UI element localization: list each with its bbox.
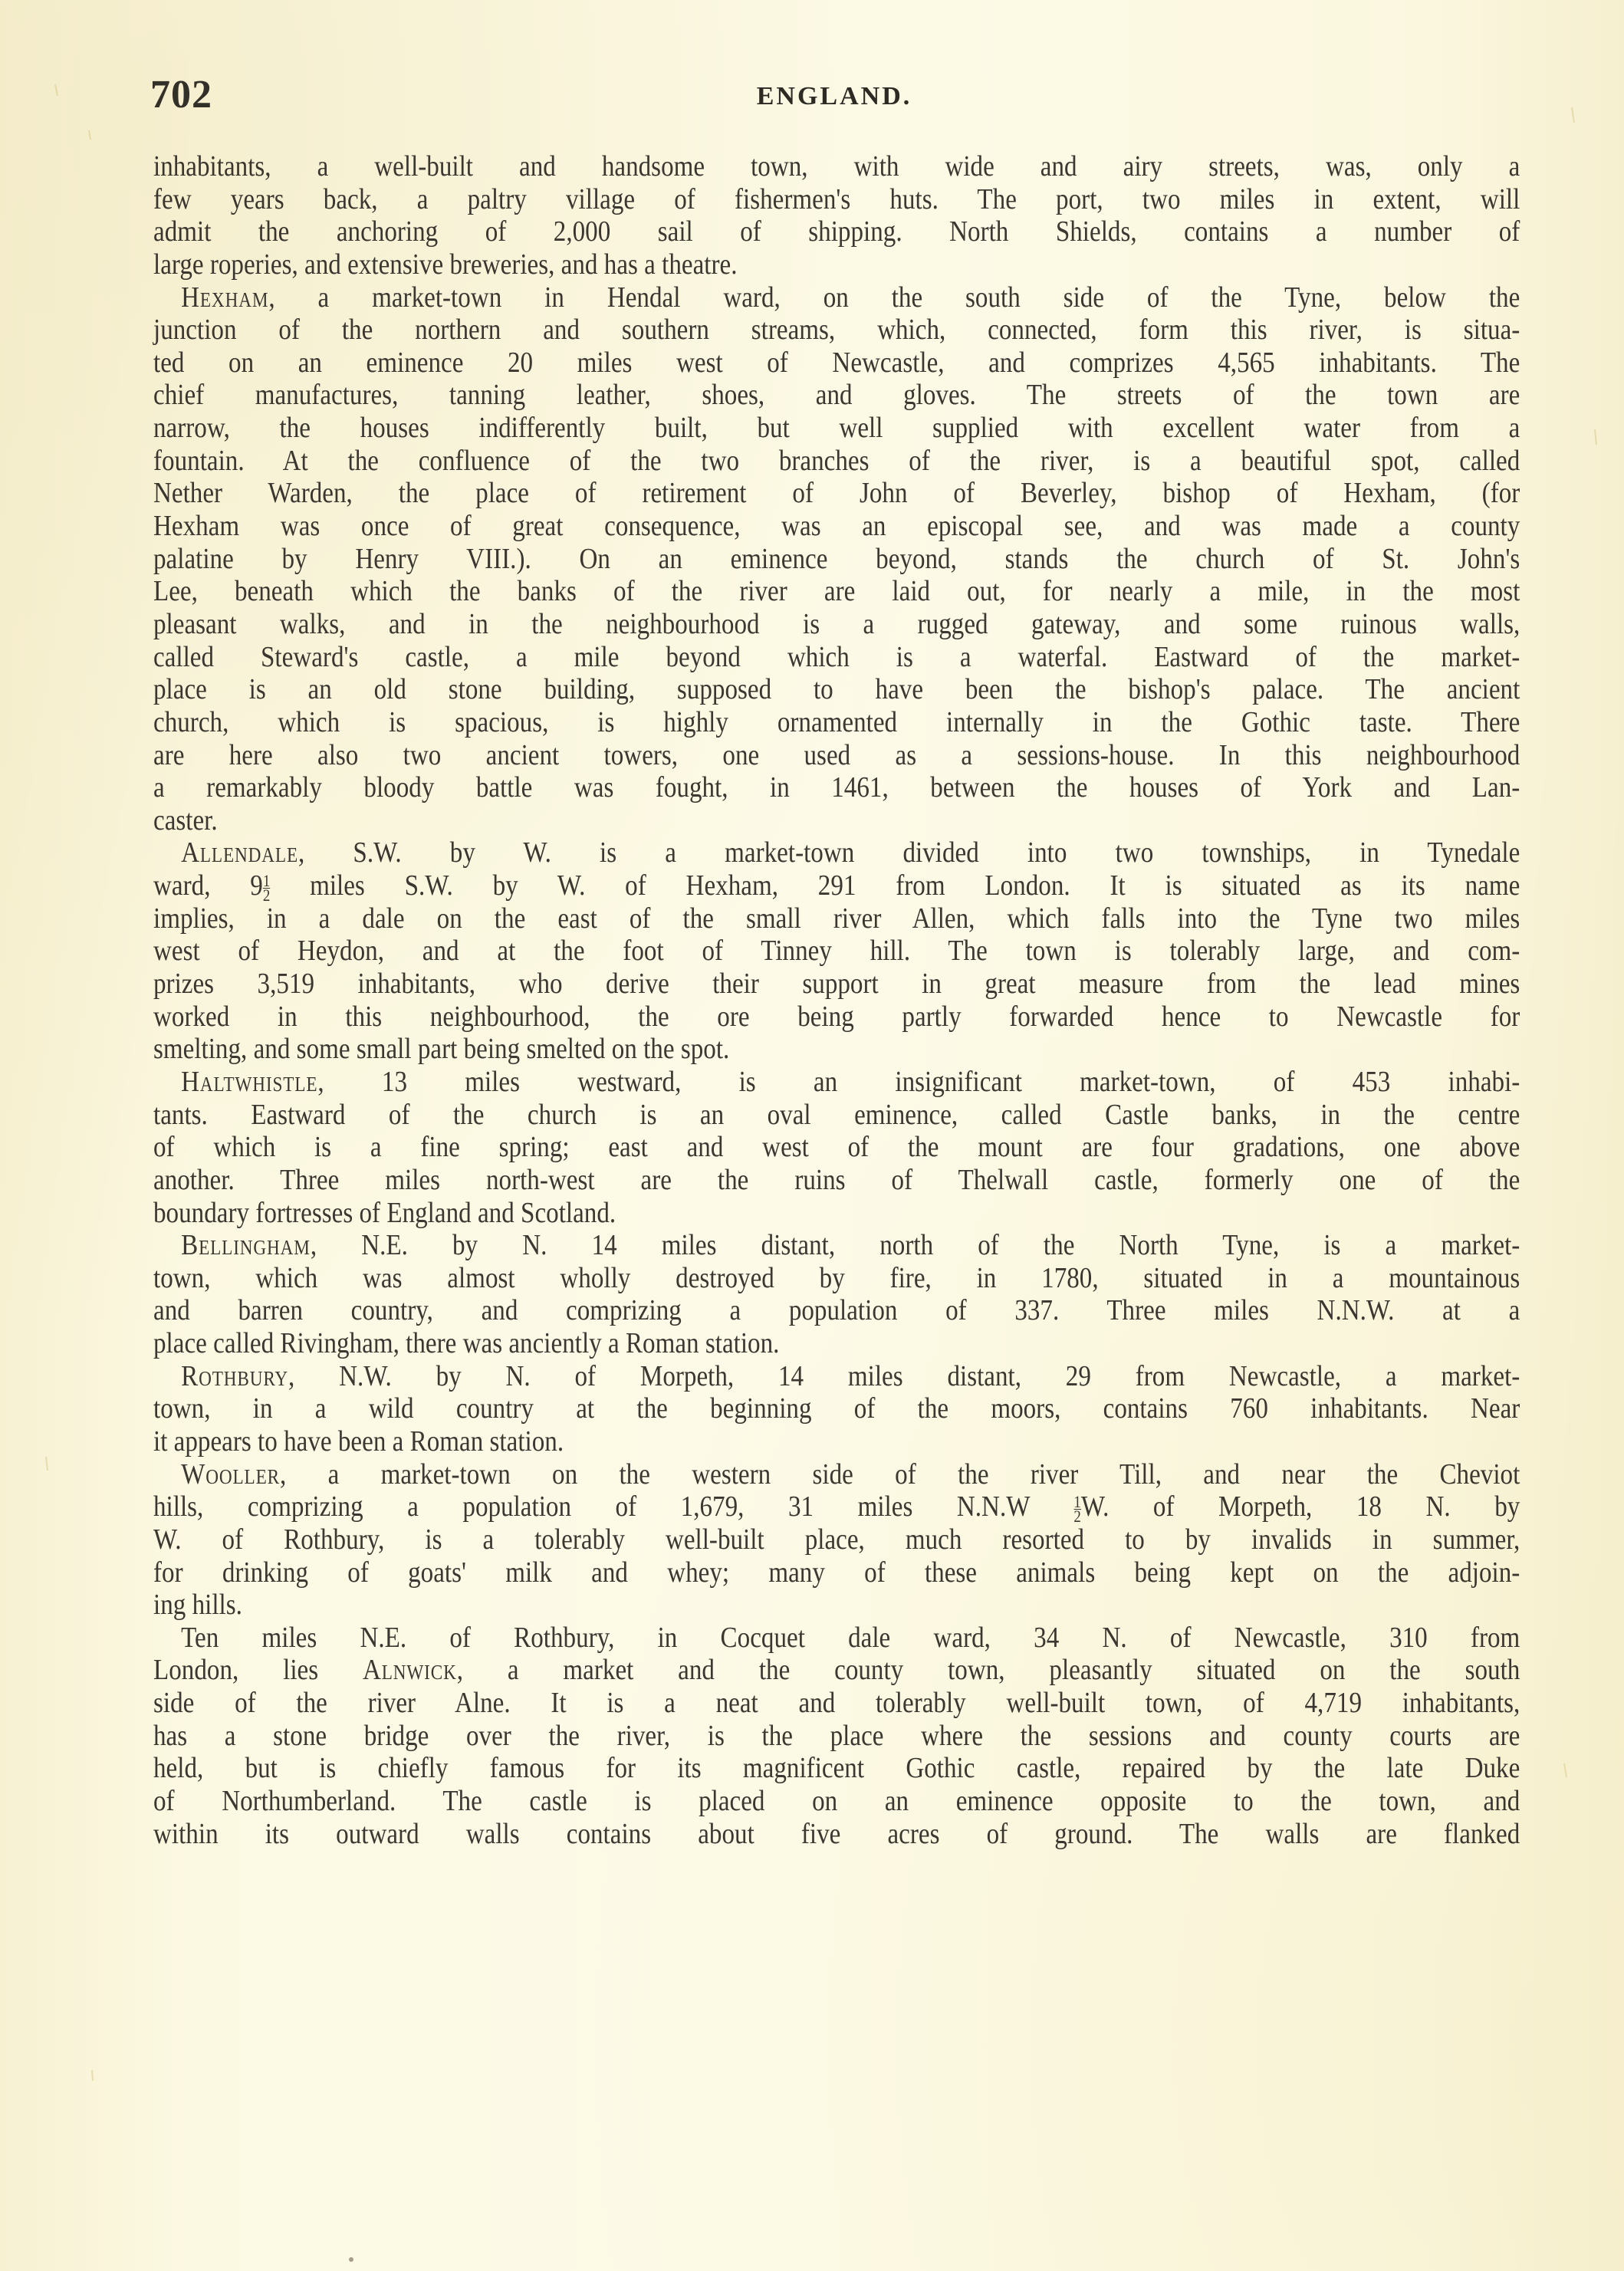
line-text: and barren country, and comprizing a pop… (153, 1294, 1520, 1326)
line-text: , 13 miles westward, is an insignificant… (317, 1066, 1520, 1098)
line-text: town, in a wild country at the beginning… (153, 1392, 1520, 1425)
line-text: , a market-town in Hendal ward, on the s… (268, 281, 1520, 314)
line-text: town, which was almost wholly destroyed … (153, 1262, 1520, 1294)
text-line: Hexham was once of great consequence, wa… (153, 510, 1520, 543)
line-text: smelting, and some small part being smel… (153, 1033, 729, 1065)
line-text: side of the river Alne. It is a neat and… (153, 1687, 1520, 1719)
line-text: , N.W. by N. of Morpeth, 14 miles distan… (288, 1360, 1520, 1392)
text-line: town, which was almost wholly destroyed … (153, 1262, 1520, 1295)
place-name-heading: Allendale (181, 836, 298, 869)
text-line: admit the anchoring of 2,000 sail of shi… (153, 215, 1520, 248)
text-line: and barren country, and comprizing a pop… (153, 1294, 1520, 1327)
body-text: inhabitants, a well-built and handsome t… (153, 150, 1520, 1850)
line-text: place is an old stone building, supposed… (153, 673, 1520, 705)
line-text: for drinking of goats' milk and whey; ma… (153, 1556, 1520, 1589)
text-line: Haltwhistle, 13 miles westward, is an in… (153, 1066, 1520, 1099)
line-text: hills, comprizing a population of 1,679,… (153, 1490, 1073, 1523)
text-line: for drinking of goats' milk and whey; ma… (153, 1556, 1520, 1589)
text-line: implies, in a dale on the east of the sm… (153, 902, 1520, 935)
text-line: hills, comprizing a population of 1,679,… (153, 1490, 1520, 1523)
text-line: palatine by Henry VIII.). On an eminence… (153, 543, 1520, 576)
fraction: 12 (1073, 1495, 1080, 1523)
line-text: Hexham was once of great consequence, wa… (153, 510, 1520, 542)
line-text: palatine by Henry VIII.). On an eminence… (153, 543, 1520, 575)
text-line: side of the river Alne. It is a neat and… (153, 1687, 1520, 1720)
place-name-heading: Rothbury (181, 1360, 288, 1392)
line-text: called Steward's castle, a mile beyond w… (153, 641, 1520, 673)
text-line: another. Three miles north-west are the … (153, 1164, 1520, 1197)
text-line: junction of the northern and southern st… (153, 314, 1520, 347)
line-text: held, but is chiefly famous for its magn… (153, 1752, 1520, 1784)
place-name-heading: Haltwhistle (181, 1066, 317, 1098)
line-text: place called Rivingham, there was ancien… (153, 1327, 779, 1359)
line-text: it appears to have been a Roman station. (153, 1425, 564, 1458)
text-line: prizes 3,519 inhabitants, who derive the… (153, 968, 1520, 1001)
line-text: junction of the northern and southern st… (153, 314, 1520, 346)
running-title: ENGLAND. (150, 80, 1518, 113)
text-line: fountain. At the confluence of the two b… (153, 445, 1520, 478)
line-text: , S.W. by W. is a market-town divided in… (298, 836, 1520, 869)
line-text: boundary fortresses of England and Scotl… (153, 1197, 616, 1229)
line-text: admit the anchoring of 2,000 sail of shi… (153, 215, 1520, 248)
running-head: 702 ENGLAND. (150, 74, 1518, 117)
text-line: Ten miles N.E. of Rothbury, in Cocquet d… (153, 1622, 1520, 1655)
line-text: tants. Eastward of the church is an oval… (153, 1099, 1520, 1131)
line-text: miles S.W. by W. of Hexham, 291 from Lon… (270, 869, 1520, 902)
text-line: narrow, the houses indifferently built, … (153, 412, 1520, 445)
text-line: ted on an eminence 20 miles west of Newc… (153, 347, 1520, 380)
text-line: a remarkably bloody battle was fought, i… (153, 771, 1520, 804)
line-text: ted on an eminence 20 miles west of Newc… (153, 347, 1520, 379)
text-line: W. of Rothbury, is a tolerably well-buil… (153, 1523, 1520, 1556)
line-text: , a market-town on the western side of t… (280, 1458, 1520, 1490)
line-text: large roperies, and extensive breweries,… (153, 248, 738, 281)
line-text: of Northumberland. The castle is placed … (153, 1785, 1520, 1817)
line-text: W. of Morpeth, 18 N. by (1081, 1490, 1520, 1523)
line-text: fountain. At the confluence of the two b… (153, 445, 1520, 477)
text-line: London, lies Alnwick, a market and the c… (153, 1654, 1520, 1687)
text-line: of Northumberland. The castle is placed … (153, 1785, 1520, 1818)
text-line: Wooller, a market-town on the western si… (153, 1458, 1520, 1491)
line-text: narrow, the houses indifferently built, … (153, 412, 1520, 444)
text-line: within its outward walls contains about … (153, 1818, 1520, 1851)
text-line: tants. Eastward of the church is an oval… (153, 1099, 1520, 1132)
text-line: inhabitants, a well-built and handsome t… (153, 150, 1520, 183)
text-line: boundary fortresses of England and Scotl… (153, 1197, 1520, 1230)
text-line: worked in this neighbourhood, the ore be… (153, 1001, 1520, 1034)
text-line: has a stone bridge over the river, is th… (153, 1720, 1520, 1753)
line-text: within its outward walls contains about … (153, 1818, 1520, 1850)
line-text: worked in this neighbourhood, the ore be… (153, 1001, 1520, 1033)
fraction: 12 (263, 874, 270, 902)
text-line: church, which is spacious, is highly orn… (153, 706, 1520, 739)
line-text: ing hills. (153, 1589, 242, 1621)
text-line: Rothbury, N.W. by N. of Morpeth, 14 mile… (153, 1360, 1520, 1393)
text-line: place called Rivingham, there was ancien… (153, 1327, 1520, 1360)
line-text: inhabitants, a well-built and handsome t… (153, 150, 1520, 182)
text-line: it appears to have been a Roman station. (153, 1425, 1520, 1458)
text-line: held, but is chiefly famous for its magn… (153, 1752, 1520, 1785)
line-text: ward, 9 (153, 869, 263, 902)
line-text: Ten miles N.E. of Rothbury, in Cocquet d… (181, 1622, 1520, 1654)
text-line: Bellingham, N.E. by N. 14 miles distant,… (153, 1229, 1520, 1262)
line-text: London, lies (153, 1654, 363, 1686)
text-line: pleasant walks, and in the neighbourhood… (153, 608, 1520, 641)
line-text: a remarkably bloody battle was fought, i… (153, 771, 1520, 804)
text-line: ward, 912 miles S.W. by W. of Hexham, 29… (153, 869, 1520, 902)
line-text: Nether Warden, the place of retirement o… (153, 477, 1520, 509)
text-line: west of Heydon, and at the foot of Tinne… (153, 935, 1520, 968)
line-text: Lee, beneath which the banks of the rive… (153, 575, 1520, 607)
line-text: are here also two ancient towers, one us… (153, 739, 1520, 771)
line-text: pleasant walks, and in the neighbourhood… (153, 608, 1520, 640)
line-text: W. of Rothbury, is a tolerably well-buil… (153, 1523, 1520, 1556)
text-line: town, in a wild country at the beginning… (153, 1392, 1520, 1425)
place-name-heading: Hexham (181, 281, 268, 314)
place-name-heading: Wooller (181, 1458, 280, 1490)
text-line: Allendale, S.W. by W. is a market-town d… (153, 836, 1520, 869)
line-text: , N.E. by N. 14 miles distant, north of … (311, 1229, 1520, 1261)
line-text: has a stone bridge over the river, is th… (153, 1720, 1520, 1752)
text-line: Nether Warden, the place of retirement o… (153, 477, 1520, 510)
book-page: 702 ENGLAND. inhabitants, a well-built a… (0, 0, 1624, 2271)
line-text: caster. (153, 804, 218, 836)
line-text: prizes 3,519 inhabitants, who derive the… (153, 968, 1520, 1000)
text-line: are here also two ancient towers, one us… (153, 739, 1520, 772)
text-line: smelting, and some small part being smel… (153, 1033, 1520, 1066)
line-text: , a market and the county town, pleasant… (457, 1654, 1520, 1686)
text-line: of which is a fine spring; east and west… (153, 1131, 1520, 1164)
place-name-heading: Bellingham (181, 1229, 311, 1261)
line-text: chief manufactures, tanning leather, sho… (153, 379, 1520, 411)
text-line: chief manufactures, tanning leather, sho… (153, 379, 1520, 412)
line-text: implies, in a dale on the east of the sm… (153, 902, 1520, 935)
text-line: large roperies, and extensive breweries,… (153, 248, 1520, 281)
text-line: Hexham, a market-town in Hendal ward, on… (153, 281, 1520, 314)
place-name-heading: Alnwick (363, 1654, 457, 1686)
text-line: few years back, a paltry village of fish… (153, 183, 1520, 216)
text-line: Lee, beneath which the banks of the rive… (153, 575, 1520, 608)
text-line: ing hills. (153, 1589, 1520, 1622)
text-line: caster. (153, 804, 1520, 837)
line-text: another. Three miles north-west are the … (153, 1164, 1520, 1196)
line-text: of which is a fine spring; east and west… (153, 1131, 1520, 1163)
line-text: church, which is spacious, is highly orn… (153, 706, 1520, 738)
line-text: few years back, a paltry village of fish… (153, 183, 1520, 215)
line-text: west of Heydon, and at the foot of Tinne… (153, 935, 1520, 967)
text-line: called Steward's castle, a mile beyond w… (153, 641, 1520, 674)
text-line: place is an old stone building, supposed… (153, 673, 1520, 706)
